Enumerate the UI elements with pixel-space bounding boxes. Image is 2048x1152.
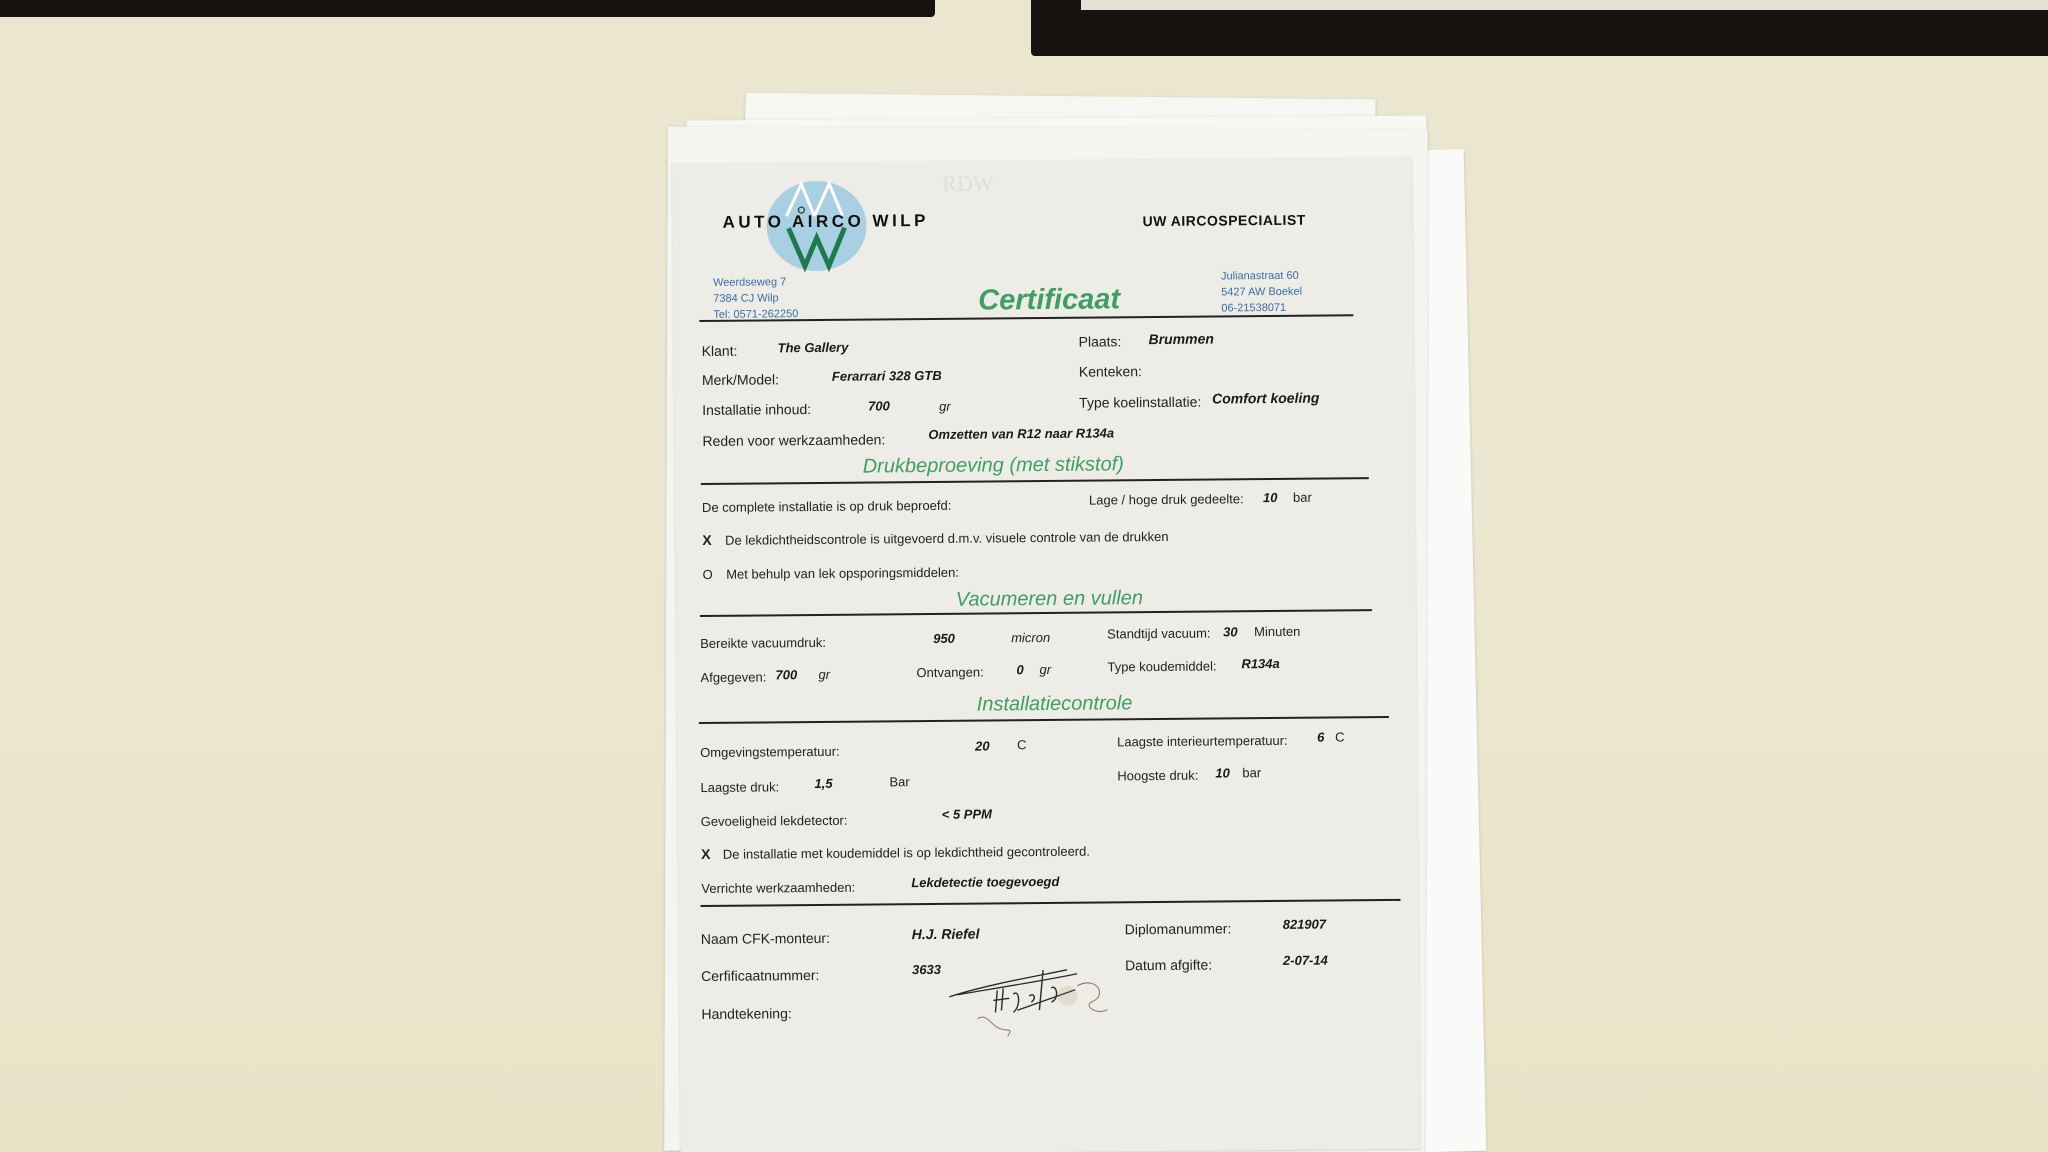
monteur-naam-value: H.J. Riefel <box>912 926 980 943</box>
diplomanummer-value: 821907 <box>1283 917 1327 932</box>
datum-afgifte-value: 2-07-14 <box>1283 953 1328 968</box>
lek-opsporingsmiddelen-option: O Met behulp van lek opsporingsmiddelen: <box>703 564 959 584</box>
address-left: Weerdseweg 7 7384 CJ Wilp Tel: 0571-2622… <box>713 274 798 323</box>
section-drukbeproeving: Drukbeproeving (met stikstof) <box>863 453 1124 478</box>
address-right: Julianastraat 60 5427 AW Boekel 06-21538… <box>1221 268 1302 317</box>
hoogste-druk-label: Hoogste druk: <box>1117 768 1198 784</box>
plaats-value: Brummen <box>1148 331 1213 348</box>
ontvangen-value: 0 <box>1016 662 1023 677</box>
inhoud-unit: gr <box>939 399 951 414</box>
laagste-druk-unit: Bar <box>889 774 909 789</box>
picture-frame-left <box>0 0 935 17</box>
afgegeven-value: 700 <box>775 667 797 682</box>
check-label: De installatie met koudemiddel is op lek… <box>723 844 1090 862</box>
checked-mark: X <box>701 846 710 862</box>
address-line: Julianastraat 60 <box>1221 268 1302 285</box>
company-tagline: UW AIRCOSPECIALIST <box>1142 212 1305 229</box>
section-vacumeren: Vacumeren en vullen <box>956 587 1143 612</box>
ontvangen-label: Ontvangen: <box>916 665 983 681</box>
handwritten-signature-icon <box>947 965 1148 1057</box>
gevoeligheid-label: Gevoeligheid lekdetector: <box>701 813 848 829</box>
beproefd-label: De complete installatie is op druk bepro… <box>702 498 951 515</box>
option-label: De lekdichtheidscontrole is uitgevoerd d… <box>725 529 1169 548</box>
plaats-label: Plaats: <box>1079 333 1122 349</box>
picture-frame-right <box>1031 0 2048 56</box>
klant-value: The Gallery <box>778 340 849 356</box>
monteur-naam-label: Naam CFK-monteur: <box>701 930 830 947</box>
unchecked-mark: O <box>703 567 713 582</box>
klant-label: Klant: <box>702 343 738 359</box>
omgevingstemperatuur-value: 20 <box>975 738 990 753</box>
diplomanummer-label: Diplomanummer: <box>1125 920 1232 937</box>
option-label: Met behulp van lek opsporingsmiddelen: <box>726 565 959 582</box>
reden-value: Omzetten van R12 naar R134a <box>928 425 1114 442</box>
inhoud-label: Installatie inhoud: <box>702 401 811 418</box>
divider <box>699 716 1389 724</box>
type-koelinstallatie-value: Comfort koeling <box>1212 390 1319 407</box>
standtijd-unit: Minuten <box>1254 624 1300 639</box>
certificaatnummer-value: 3633 <box>912 962 941 977</box>
interieurtemperatuur-value: 6 <box>1317 730 1324 745</box>
type-koelinstallatie-label: Type koelinstallatie: <box>1079 394 1201 411</box>
divider <box>700 899 1400 907</box>
address-line: Weerdseweg 7 <box>713 274 798 291</box>
merk-model-label: Merk/Model: <box>702 371 779 388</box>
interieurtemperatuur-label: Laagste interieurtemperatuur: <box>1117 733 1288 749</box>
address-line: 7384 CJ Wilp <box>713 290 798 307</box>
vacuumdruk-label: Bereikte vacuumdruk: <box>700 635 826 651</box>
gevoeligheid-value: < 5 PPM <box>942 806 992 821</box>
afgegeven-label: Afgegeven: <box>700 669 766 685</box>
ontvangen-unit: gr <box>1039 662 1051 677</box>
certificate-document: AUTO AIRCO WILP UW AIRCOSPECIALIST RDW W… <box>672 157 1421 1152</box>
merk-model-value: Ferarrari 328 GTB <box>832 368 942 384</box>
afgegeven-unit: gr <box>818 667 830 682</box>
omgevingstemperatuur-label: Omgevingstemperatuur: <box>700 744 840 760</box>
lekdichtheid-visueel-option: X De lekdichtheidscontrole is uitgevoerd… <box>702 528 1168 550</box>
checked-mark: X <box>702 532 711 548</box>
gedeelte-value: 10 <box>1263 490 1278 505</box>
certificaatnummer-label: Cerfificaatnummer: <box>701 967 819 984</box>
laagste-druk-value: 1,5 <box>814 776 832 791</box>
section-installatiecontrole: Installatiecontrole <box>977 692 1133 716</box>
address-line: 5427 AW Boekel <box>1221 284 1302 301</box>
hoogste-druk-unit: bar <box>1242 765 1261 780</box>
gedeelte-label: Lage / hoge druk gedeelte: <box>1089 491 1244 507</box>
standtijd-value: 30 <box>1223 624 1238 639</box>
kenteken-label: Kenteken: <box>1079 363 1142 380</box>
koudemiddel-value: R134a <box>1241 656 1279 671</box>
werkzaamheden-label: Verrichte werkzaamheden: <box>701 880 855 896</box>
certificate-title: Certificaat <box>978 283 1120 317</box>
reden-label: Reden voor werkzaamheden: <box>702 431 885 449</box>
lekdichtheid-gecontroleerd-check: X De installatie met koudemiddel is op l… <box>701 843 1090 864</box>
interieurtemperatuur-unit: C <box>1335 729 1345 744</box>
omgevingstemperatuur-unit: C <box>1017 737 1027 752</box>
vacuumdruk-value: 950 <box>933 631 955 646</box>
watermark: RDW <box>942 170 994 196</box>
hoogste-druk-value: 10 <box>1215 765 1230 780</box>
laagste-druk-label: Laagste druk: <box>700 779 779 795</box>
handtekening-label: Handtekening: <box>701 1005 791 1022</box>
werkzaamheden-value: Lekdetectie toegevoegd <box>911 874 1059 890</box>
company-name: AUTO AIRCO WILP <box>722 211 929 233</box>
divider <box>701 477 1369 484</box>
inhoud-value: 700 <box>868 398 890 413</box>
koudemiddel-label: Type koudemiddel: <box>1107 658 1216 674</box>
gedeelte-unit: bar <box>1293 490 1312 505</box>
standtijd-label: Standtijd vacuum: <box>1107 626 1210 642</box>
vacuumdruk-unit: micron <box>1011 630 1050 645</box>
